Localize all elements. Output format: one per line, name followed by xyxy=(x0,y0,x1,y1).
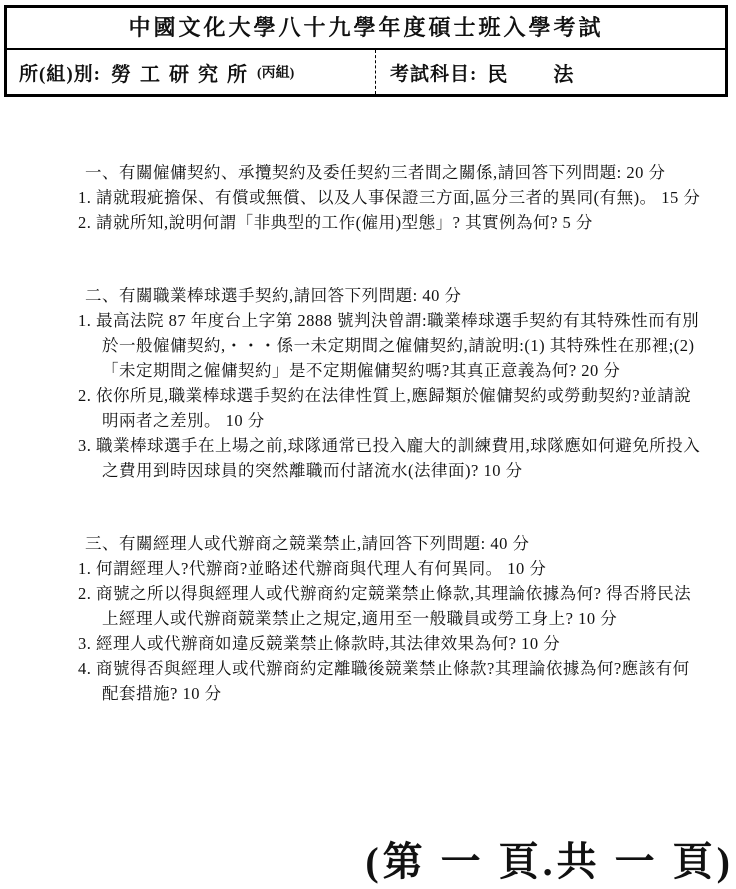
section-heading: 三、有關經理人或代辦商之競業禁止,請回答下列問題: 40 分 xyxy=(85,531,706,556)
question-item: 1. 請就瑕疵擔保、有償或無償、以及人事保證三方面,區分三者的異同(有無)。 1… xyxy=(78,185,706,210)
question-section-2: 二、有關職業棒球選手契約,請回答下列問題: 40 分 1. 最高法院 87 年度… xyxy=(78,283,706,483)
page-number: (第 一 頁.共 一 頁) xyxy=(365,830,734,887)
question-item: 3. 職業棒球選手在上場之前,球隊通常已投入龐大的訓練費用,球隊應如何避免所投入… xyxy=(78,433,706,483)
question-item: 2. 請就所知,說明何謂「非典型的工作(僱用)型態」? 其實例為何? 5 分 xyxy=(78,210,706,235)
question-item: 1. 何謂經理人?代辦商?並略述代辦商與代理人有何異同。 10 分 xyxy=(78,556,706,581)
question-item: 2. 商號之所以得與經理人或代辦商約定競業禁止條款,其理論依據為何? 得否將民法… xyxy=(78,581,706,631)
question-section-1: 一、有關僱傭契約、承攬契約及委任契約三者間之關係,請回答下列問題: 20 分 1… xyxy=(78,160,706,235)
subject-value: 民 法 xyxy=(487,58,575,87)
section-heading: 一、有關僱傭契約、承攬契約及委任契約三者間之關係,請回答下列問題: 20 分 xyxy=(85,160,706,185)
question-item: 4. 商號得否與經理人或代辦商約定離職後競業禁止條款?其理論依據為何?應該有何配… xyxy=(78,656,706,706)
department-field: 所(組)別: 勞 工 研 究 所 (丙組) xyxy=(7,50,375,94)
subject-field: 考試科目: 民 法 xyxy=(375,50,725,94)
department-label: 所(組)別: xyxy=(19,59,101,86)
question-item: 2. 依你所見,職業棒球選手契約在法律性質上,應歸類於僱傭契約或勞動契約?並請說… xyxy=(78,383,706,433)
department-group: (丙組) xyxy=(257,62,294,82)
department-value: 勞 工 研 究 所 xyxy=(111,58,249,87)
exam-info-row: 所(組)別: 勞 工 研 究 所 (丙組) 考試科目: 民 法 xyxy=(7,50,725,94)
exam-title: 中國文化大學八十九學年度碩士班入學考試 xyxy=(7,8,725,50)
question-item: 3. 經理人或代辦商如違反競業禁止條款時,其法律效果為何? 10 分 xyxy=(78,631,706,656)
subject-label: 考試科目: xyxy=(390,59,477,86)
question-section-3: 三、有關經理人或代辦商之競業禁止,請回答下列問題: 40 分 1. 何謂經理人?… xyxy=(78,531,706,706)
exam-paper-page: 中國文化大學八十九學年度碩士班入學考試 所(組)別: 勞 工 研 究 所 (丙組… xyxy=(0,0,736,889)
exam-questions: 一、有關僱傭契約、承攬契約及委任契約三者間之關係,請回答下列問題: 20 分 1… xyxy=(78,160,706,706)
question-item: 1. 最高法院 87 年度台上字第 2888 號判決曾謂:職業棒球選手契約有其特… xyxy=(78,308,706,383)
exam-header-box: 中國文化大學八十九學年度碩士班入學考試 所(組)別: 勞 工 研 究 所 (丙組… xyxy=(4,5,728,97)
section-heading: 二、有關職業棒球選手契約,請回答下列問題: 40 分 xyxy=(85,283,706,308)
